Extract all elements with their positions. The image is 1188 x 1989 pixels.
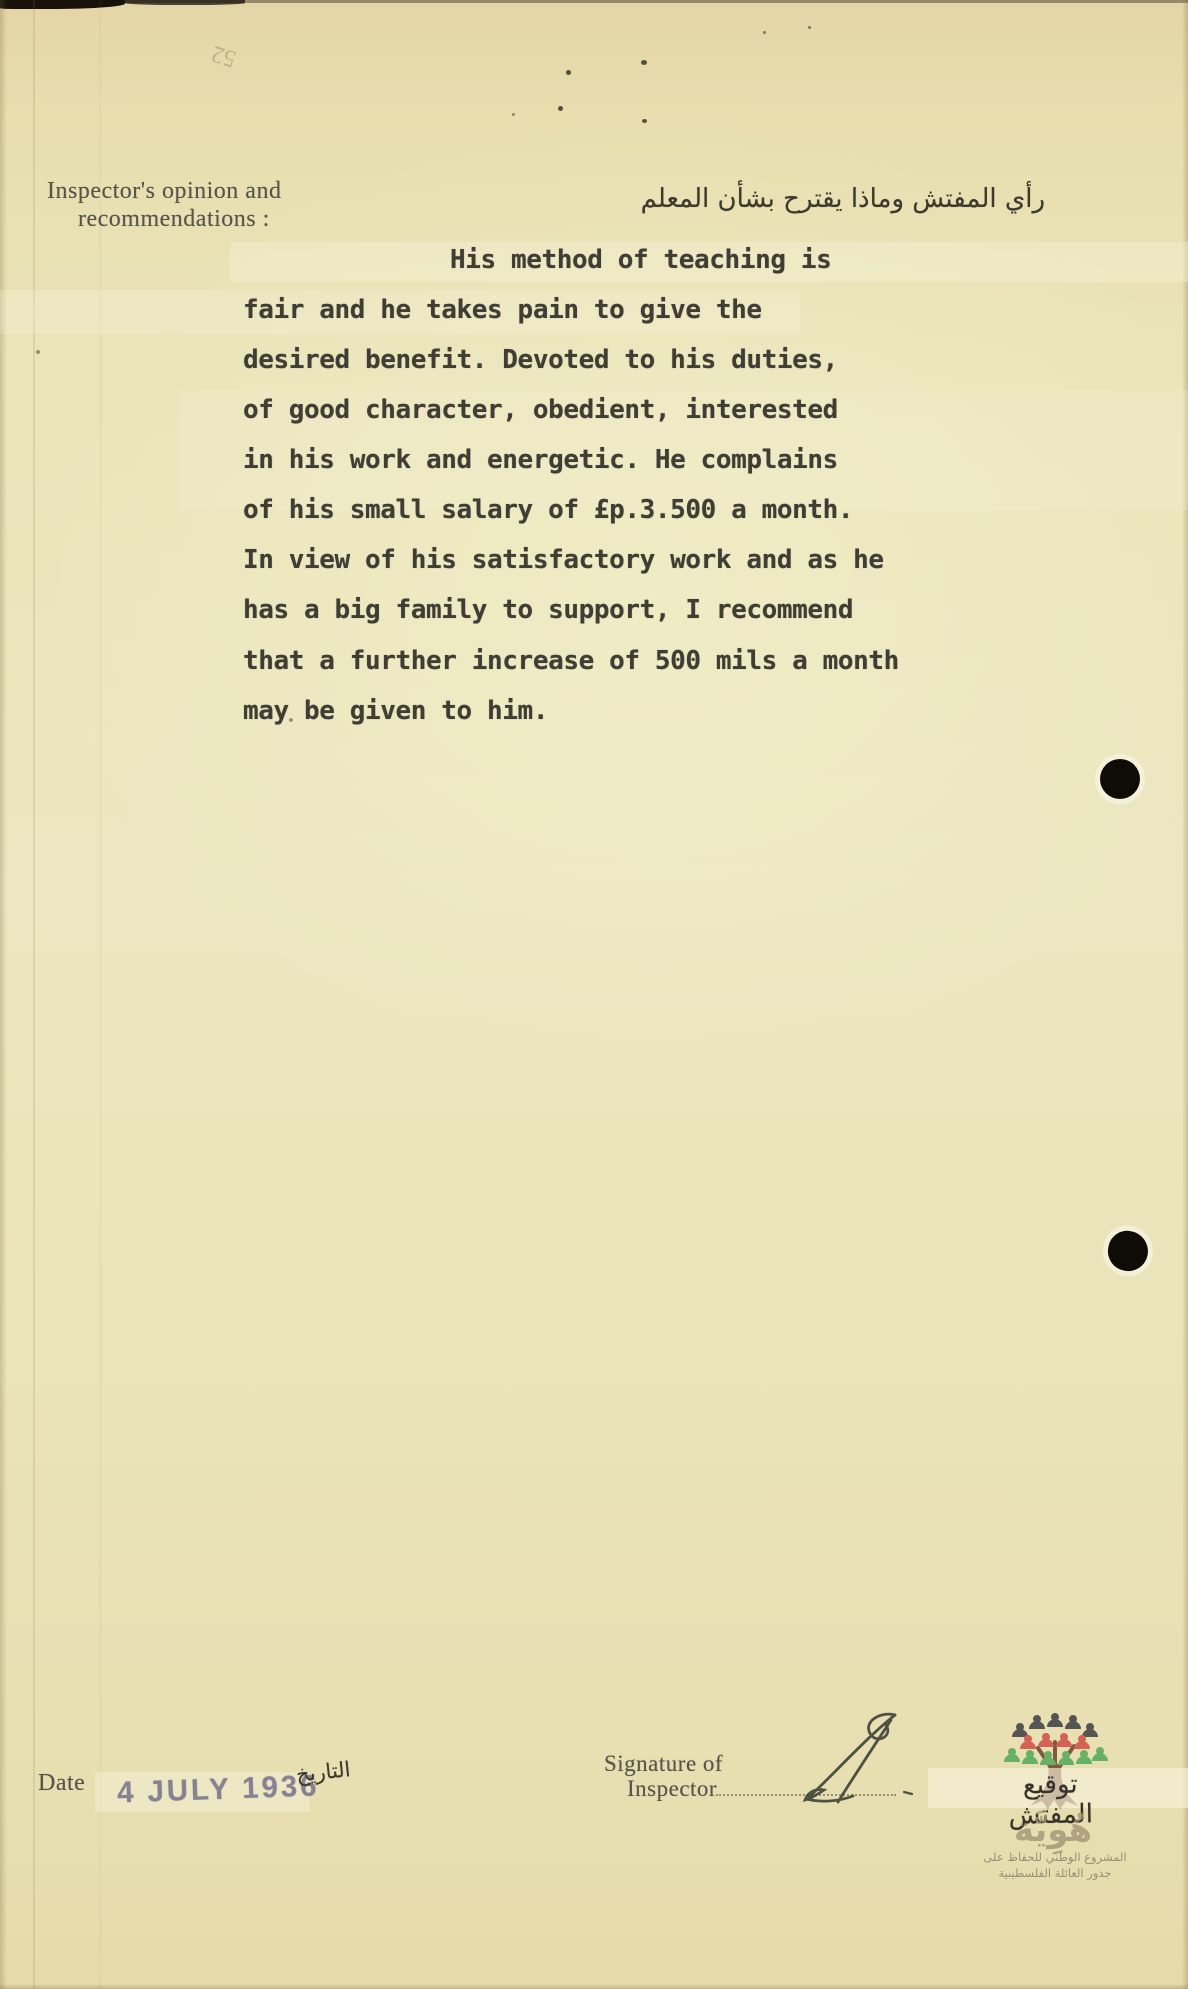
report-line: His method of teaching is — [450, 245, 831, 275]
watermark-tagline-line1: المشروع الوطني للحفاظ على — [975, 1850, 1135, 1864]
watermark-tagline-line2: جذور العائلة الفلسطينية — [975, 1866, 1135, 1880]
date-label-arabic: التاريخ — [295, 1757, 352, 1787]
page-top-dark-sliver — [125, 0, 245, 5]
inspector-opinion-label-arabic: رأي المفتش وماذا يقترح بشأن المعلم — [641, 184, 1045, 214]
scanned-document-page: Inspector's opinion and recommendations … — [0, 0, 1188, 1989]
page-bottom-edge-shade — [0, 1984, 1188, 1989]
report-line: in his work and energetic. He complains — [243, 445, 838, 475]
page-top-edge-shadow — [0, 0, 1188, 3]
date-stamp: 4 JULY 1936 — [117, 1769, 320, 1810]
signature-label-line1: Signature of — [604, 1751, 723, 1777]
watermark-wordmark: هُوِيَّة — [998, 1810, 1108, 1850]
report-line: In view of his satisfactory work and as … — [243, 545, 884, 575]
paper-fold-line-left — [33, 0, 35, 1989]
paper-fold-line-inner — [100, 0, 101, 1989]
page-right-edge-shade — [1182, 0, 1188, 1989]
inspector-signature — [798, 1710, 918, 1808]
page-top-left-dark-corner — [0, 0, 125, 9]
report-line: has a big family to support, I recommend — [243, 595, 853, 625]
inspector-opinion-label-line1: Inspector's opinion and — [47, 178, 281, 205]
stray-pencil-mark: 52 — [209, 39, 240, 72]
hole-punch-top — [1100, 759, 1140, 799]
report-line: of good character, obedient, interested — [243, 395, 838, 425]
signature-label-line2: Inspector — [627, 1776, 717, 1802]
report-line: that a further increase of 500 mils a mo… — [243, 646, 899, 676]
hole-punch-bottom — [1105, 1228, 1151, 1274]
page-left-edge-shade — [0, 0, 7, 1989]
inspector-opinion-label-line2: recommendations : — [78, 206, 270, 233]
report-line: of his small salary of £p.3.500 a month. — [243, 495, 853, 525]
report-line: desired benefit. Devoted to his duties, — [243, 345, 838, 375]
report-line: fair and he takes pain to give the — [243, 295, 762, 325]
date-label: Date — [38, 1770, 85, 1797]
people-row-dark — [1012, 1713, 1098, 1737]
